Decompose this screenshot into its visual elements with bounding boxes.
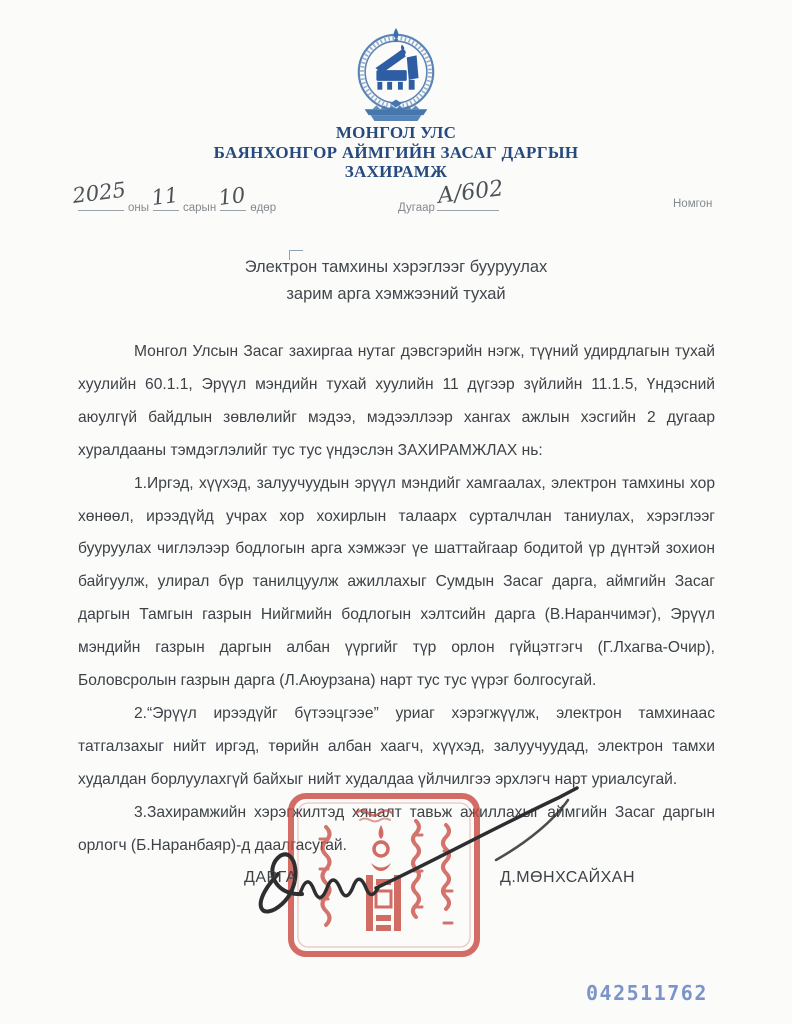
signer-title: ДАРГА: [244, 869, 297, 887]
handwritten-signature: [228, 776, 600, 926]
year-blank: 2025: [78, 198, 124, 211]
month-label: сарын: [183, 202, 216, 214]
handwritten-number: А/602: [436, 178, 504, 208]
handwritten-day: 10: [218, 185, 247, 209]
subject-line2: зарим арга хэмжээний тухай: [0, 281, 792, 308]
date-fields: 2025оны11сарын10өдөр: [78, 198, 276, 214]
day-label: өдөр: [250, 202, 276, 214]
clause-1-paragraph: 1.Иргэд, хүүхэд, залуучуудын эрүүл мэнди…: [78, 468, 715, 698]
signer-name: Д.МӨНХСАЙХАН: [500, 869, 635, 887]
preamble-paragraph: Монгол Улсын Засаг захиргаа нутаг дэвсгэ…: [78, 336, 715, 468]
place-name: Номгон: [673, 198, 712, 210]
document-header: МОНГОЛ УЛС БАЯНХОНГОР АЙМГИЙН ЗАСАГ ДАРГ…: [0, 123, 792, 182]
day-blank: 10: [220, 198, 246, 211]
serial-number-stamp: 042511762: [586, 981, 708, 1005]
handwritten-month: 11: [150, 185, 179, 209]
header-country: МОНГОЛ УЛС: [0, 123, 792, 143]
scanned-decree-document: МОНГОЛ УЛС БАЯНХОНГОР АЙМГИЙН ЗАСАГ ДАРГ…: [0, 0, 792, 1024]
subject-line1: Электрон тамхины хэрэглээг бууруулах: [0, 254, 792, 281]
document-number-field: ДугаарА/602: [398, 198, 499, 214]
number-label: Дугаар: [398, 202, 435, 214]
subject-title: Электрон тамхины хэрэглээг бууруулах зар…: [0, 254, 792, 308]
mongolia-state-emblem-icon: [347, 27, 445, 123]
date-number-line: 2025оны11сарын10өдөр ДугаарА/602 Номгон: [0, 186, 792, 226]
year-label: оны: [128, 202, 149, 214]
month-blank: 11: [153, 198, 179, 211]
number-blank: А/602: [437, 198, 499, 211]
handwritten-year: 2025: [71, 180, 127, 207]
header-authority: БАЯНХОНГОР АЙМГИЙН ЗАСАГ ДАРГЫН: [0, 143, 792, 163]
